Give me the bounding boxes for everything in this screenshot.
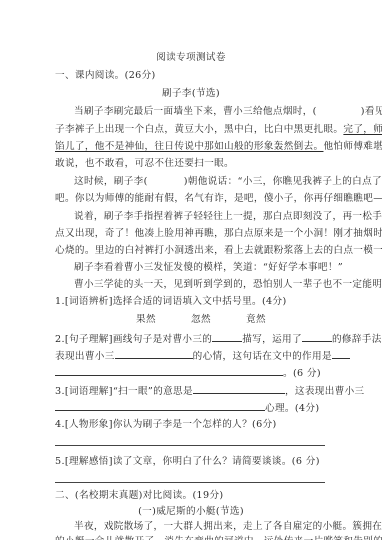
answer-blank[interactable] xyxy=(302,332,332,342)
option-word: 竟然 xyxy=(246,314,266,326)
passage-1-line: 曹小三学徒的头一天，见到听到学到的，恐怕别人一辈子也不一定能明白呢。 xyxy=(55,279,327,291)
question-5: 5.[理解感悟]读了文章，你明白了什么？请简要谈谈。(6 分) xyxy=(55,456,327,468)
text: 表现出曹小三 xyxy=(55,351,115,362)
passage-1-line: 心烧的。里边的白衬裤打小洞透出来，看上去就跟粉浆落上去的白点一模一样！ xyxy=(55,245,327,257)
passage-2-title: (一)威尼斯的小艇(节选) xyxy=(55,506,327,518)
question-2-line: 。(6 分) xyxy=(55,366,327,380)
option-word: 果然 xyxy=(136,314,191,326)
underlined-sentence: 完了，师傅露 xyxy=(343,124,382,135)
passage-1-line: 敢说，也不敢看，可忍不住还要扫一眼。 xyxy=(55,158,327,170)
answer-blank[interactable] xyxy=(55,401,265,411)
text: 描写，运用了 xyxy=(242,334,302,345)
option-word: 忽然 xyxy=(191,314,246,326)
answer-line[interactable] xyxy=(55,482,325,483)
passage-1-line: 馅儿了，他不是神仙，往日传说中那如山般的形象轰然倒去。他怕师傅难堪，不 xyxy=(55,141,327,153)
passage-2-line: 的小艇一会儿就散开了，消失在弯曲的河道中，远处传来一片哗笑和告别的声音。 xyxy=(55,536,327,540)
underlined-sentence: 馅儿了，他不是神仙，往日传说中那如山般的形象轰然倒去。 xyxy=(55,141,323,152)
text: 这时候，刷子李( xyxy=(74,176,148,187)
question-3: 3.[词语理解]“扫一眼”的意思是，这表现出曹小三 xyxy=(55,384,327,398)
question-1: 1.[词语辨析]选择合适的词语填入文中括号里。(4分) xyxy=(55,296,327,308)
text: 心理。(4分) xyxy=(265,403,319,414)
passage-1-line: 吧。你以为师傅的能耐有假，名气有诈，是吧，傻小子，你再仔细瞧瞧吧——” xyxy=(55,193,327,205)
passage-1-line: 刷子李看着曹小三发怔发傻的模样，笑道：“好好学本事吧！” xyxy=(55,262,327,274)
passage-1-line: 当刷子李刷完最后一面墙坐下来，曹小三给他点烟时，()看见刷 xyxy=(55,106,327,118)
word-options: 果然忽然竟然 xyxy=(136,314,382,326)
text: 。(6 分) xyxy=(283,368,321,379)
text: 子李裤子上出现一个白点，黄豆大小，黑中白，比白中黑更扎眼。 xyxy=(55,124,343,135)
section-2-heading: 二、(名校期末真题)对比阅读。(19分) xyxy=(55,490,327,502)
text: 的修辞手法， xyxy=(332,334,382,345)
question-2: 2.[句子理解]画线句子是对曹小三的描写，运用了的修辞手法， xyxy=(55,332,327,346)
passage-1-title: 刷子李(节选) xyxy=(55,88,327,100)
passage-2-line: 半夜，戏院散场了，一大群人拥出来，走上了各自雇定的小艇。簇拥在一起 xyxy=(55,521,327,533)
text: 2.[句子理解]画线句子是对曹小三的 xyxy=(55,334,212,345)
answer-blank[interactable] xyxy=(212,332,242,342)
answer-line[interactable] xyxy=(55,445,325,446)
answer-blank[interactable] xyxy=(193,384,285,394)
text: 他怕师傅难堪，不 xyxy=(323,141,382,152)
question-4: 4.[人物形象]你认为刷子李是一个怎样的人？(6分) xyxy=(55,419,327,431)
text: 3.[词语理解]“扫一眼”的意思是 xyxy=(55,386,193,397)
text: )朝他说话：“小三，你瞧见我裤子上的白点了 xyxy=(184,176,382,187)
text: ，这表现出曹小三 xyxy=(285,386,365,397)
passage-1-line: 这时候，刷子李()朝他说话：“小三，你瞧见我裤子上的白点了 xyxy=(55,176,327,188)
question-2-line: 表现出曹小三的心情，这句话在文中的作用是 xyxy=(55,349,327,363)
answer-blank[interactable] xyxy=(332,349,350,359)
answer-blank[interactable] xyxy=(115,349,193,359)
passage-1-line: 点又出现，奇了！他凑上脸用神再瞧，那白点原来是一个小洞！刚才抽烟时不小 xyxy=(55,228,327,240)
passage-1-line: 说着，刷子李手指捏着裤子轻轻往上一提，那白点即刻没了，再一松手，白 xyxy=(55,211,327,223)
document-title: 阅读专项测试卷 xyxy=(55,52,327,64)
answer-blank[interactable] xyxy=(55,366,283,376)
section-1-heading: 一、课内阅读。(26分) xyxy=(55,70,327,82)
text: 的心情，这句话在文中的作用是 xyxy=(193,351,332,362)
text: 当刷子李刷完最后一面墙坐下来，曹小三给他点烟时，( xyxy=(74,106,317,117)
text: )看见刷 xyxy=(361,106,382,117)
document-page: 阅读专项测试卷 一、课内阅读。(26分) 刷子李(节选) 当刷子李刷完最后一面墙… xyxy=(0,0,382,540)
passage-1-line: 子李裤子上出现一个白点，黄豆大小，黑中白，比白中黑更扎眼。完了，师傅露 xyxy=(55,124,327,136)
question-3-line: 心理。(4分) xyxy=(55,401,327,415)
